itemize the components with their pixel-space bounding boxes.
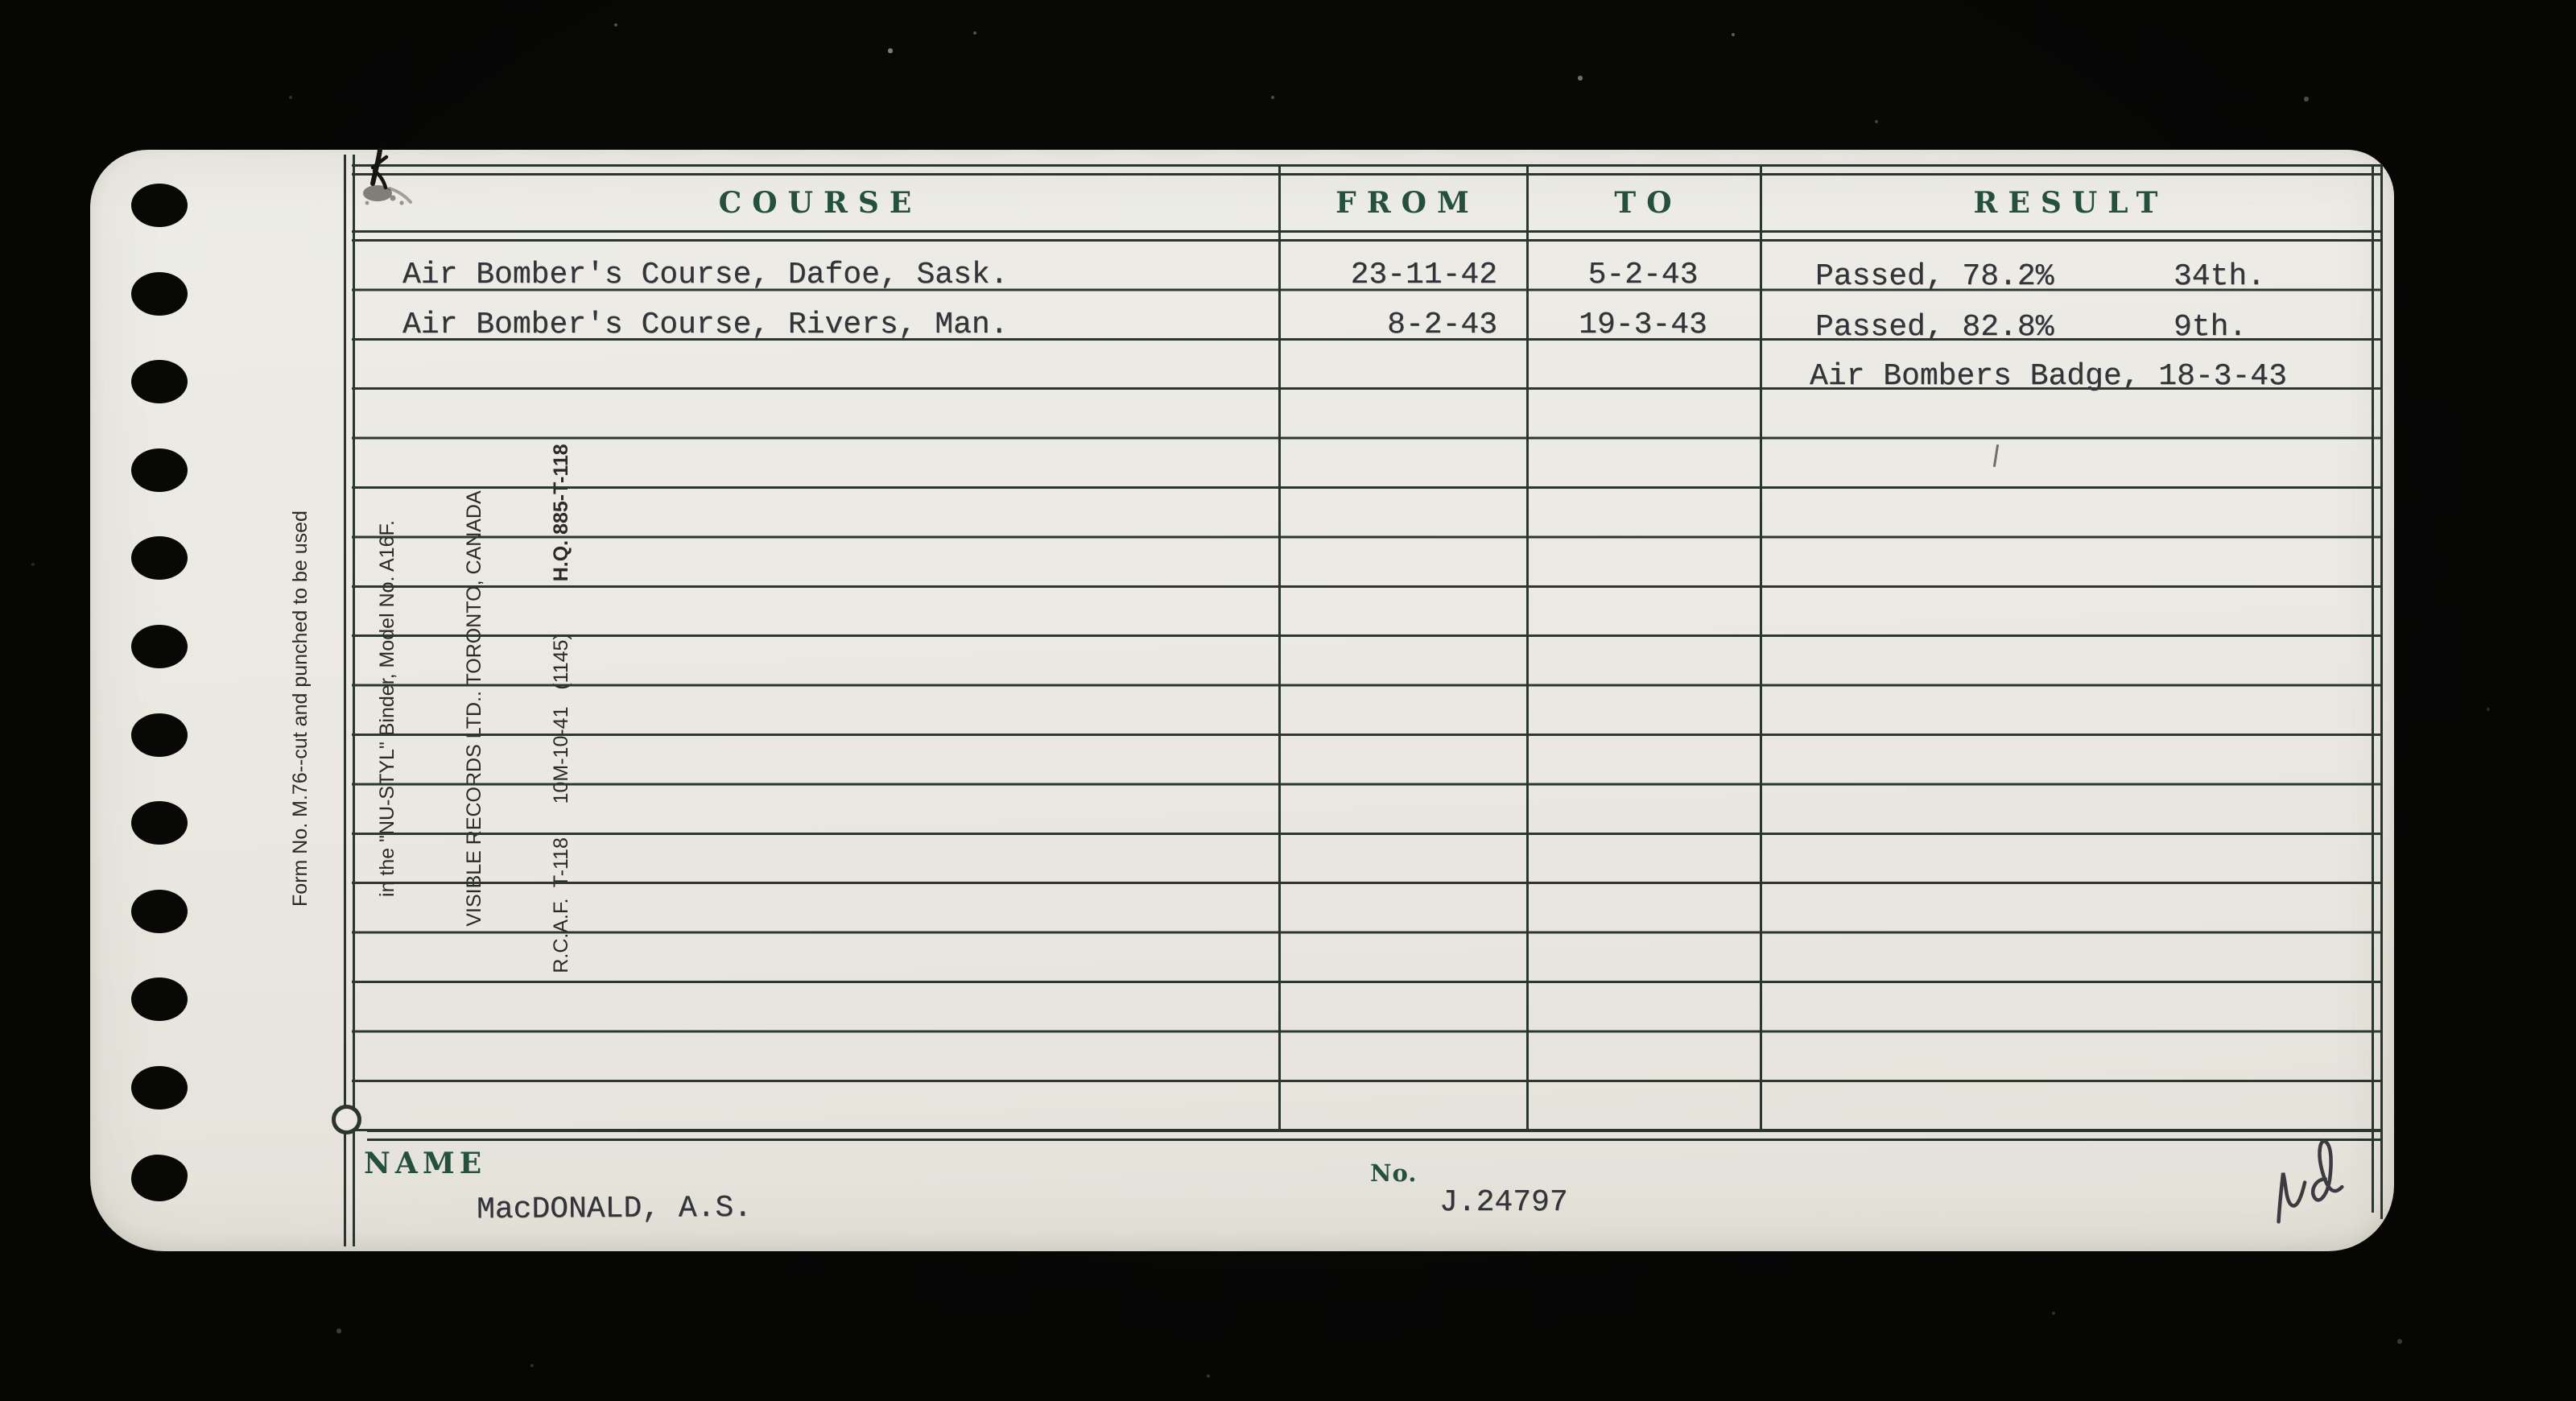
- punch-hole: [131, 448, 188, 492]
- column-header-to: TO: [1526, 182, 1760, 224]
- right-rule-outer: [2380, 164, 2383, 1219]
- row2-result: Passed, 82.8%: [1815, 312, 2054, 344]
- punch-hole: [131, 1066, 188, 1110]
- punch-hole: [131, 801, 188, 845]
- top-rule-outer: [352, 164, 2381, 167]
- right-rule-inner: [2372, 164, 2374, 1213]
- name-label: NAME: [364, 1147, 486, 1180]
- divider-to-result: [1760, 167, 1762, 1132]
- punch-hole: [131, 890, 188, 933]
- dust-specks: [0, 0, 2, 2]
- punch-hole: [131, 184, 188, 227]
- number-value: J.24797: [1439, 1187, 1568, 1219]
- punch-hole: [131, 625, 188, 668]
- name-value: MacDONALD, A.S.: [477, 1192, 752, 1226]
- ink-smudge-mark: [356, 145, 436, 219]
- punch-hole: [131, 536, 188, 580]
- row3-result: Air Bombers Badge, 18-3-43: [1810, 361, 2287, 393]
- top-rule-inner: [352, 173, 2381, 176]
- row1-from: 23-11-42: [1278, 259, 1520, 291]
- punch-hole: [131, 977, 188, 1021]
- form-imprint-line1: Form No. M.76--cut and punched to be use…: [286, 354, 315, 1063]
- scan-background: Form No. M.76--cut and punched to be use…: [0, 0, 2576, 1401]
- row1-result: Passed, 78.2%: [1815, 261, 2054, 293]
- column-header-from: FROM: [1278, 182, 1526, 224]
- form-imprint: Form No. M.76--cut and punched to be use…: [228, 354, 344, 1063]
- row2-to: 19-3-43: [1526, 309, 1760, 341]
- bottom-rule-outer: [367, 1130, 2381, 1132]
- header-rule-outer: [352, 230, 2381, 233]
- column-header-result: RESULT: [1760, 182, 2372, 224]
- row2-rank: 9th.: [2173, 312, 2247, 344]
- row1-rank: 34th.: [2173, 261, 2265, 293]
- punch-hole: [131, 1155, 188, 1201]
- column-header-course: COURSE: [352, 182, 1278, 224]
- row2-from: 8-2-43: [1278, 309, 1520, 341]
- stub-circle-mark: [332, 1105, 361, 1134]
- row1-to: 5-2-43: [1526, 259, 1760, 291]
- bottom-rule-inner: [367, 1139, 2381, 1141]
- punch-hole: [131, 713, 188, 757]
- handwritten-initials: [2250, 1127, 2372, 1243]
- row2-course: Air Bomber's Course, Rivers, Man.: [402, 309, 1009, 341]
- row1-course: Air Bomber's Course, Dafoe, Sask.: [402, 259, 1009, 291]
- punch-hole: [131, 272, 188, 316]
- punch-hole: [131, 360, 188, 403]
- number-label: No.: [1370, 1159, 1417, 1187]
- record-card: Form No. M.76--cut and punched to be use…: [90, 150, 2394, 1251]
